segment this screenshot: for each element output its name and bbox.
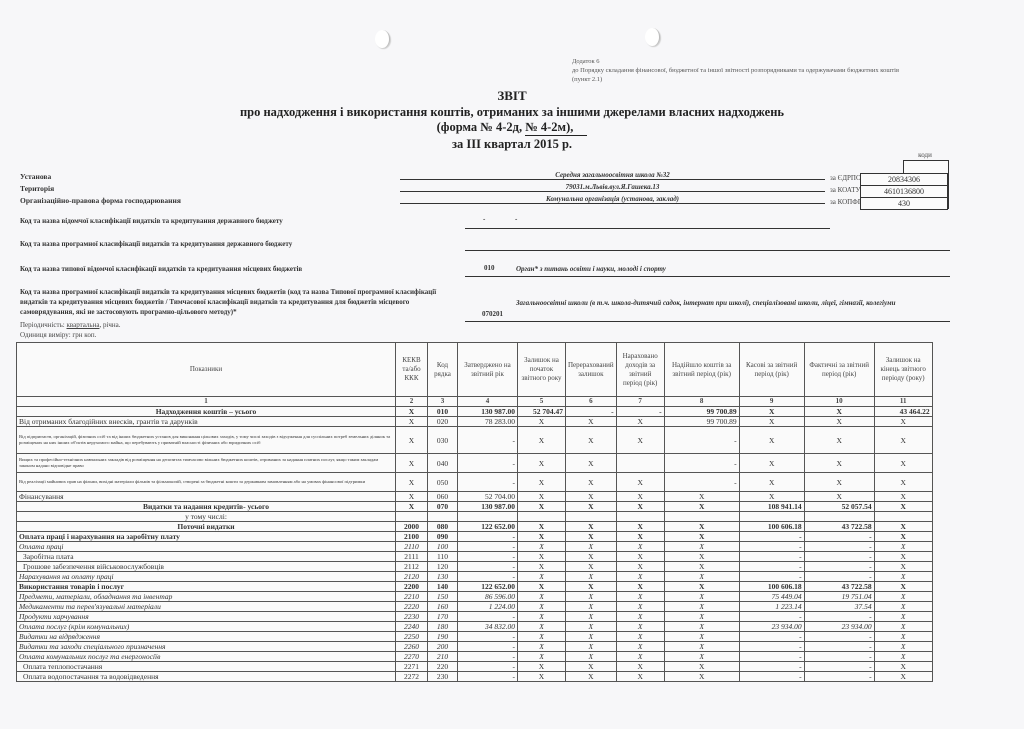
table-row: Грошове забезпечення військовослужбовців… (17, 562, 933, 572)
row-value: X (566, 592, 617, 602)
row-value: X (739, 427, 804, 454)
row-value: X (664, 582, 739, 592)
row-value: - (739, 612, 804, 622)
row-value: 75 449.04 (739, 592, 804, 602)
class-desc-state-departmental: - (515, 215, 517, 223)
row-value: X (616, 672, 664, 682)
row-value: 43 722.58 (804, 522, 874, 532)
row-indicator: Оплата комунальних послуг та енергоносії… (17, 652, 396, 662)
row-value: X (804, 407, 874, 417)
row-indicator: Від реалізації майнових прав на фільми, … (17, 473, 396, 492)
column-number: 2 (396, 397, 428, 407)
row-code: 020 (428, 417, 458, 427)
row-value: X (804, 427, 874, 454)
row-value: X (664, 622, 739, 632)
row-code: 210 (428, 652, 458, 662)
column-number: 7 (616, 397, 664, 407)
row-code: 100 (428, 542, 458, 552)
row-value: X (874, 672, 932, 682)
column-header: Залишок на кінець звітного періоду (року… (874, 343, 932, 397)
row-value: 23 934.00 (804, 622, 874, 632)
row-value: X (874, 612, 932, 622)
row-value: - (739, 642, 804, 652)
table-row: у тому числі: (17, 512, 933, 522)
row-value: - (739, 562, 804, 572)
row-value: - (458, 632, 518, 642)
row-value: X (874, 582, 932, 592)
row-value: X (518, 582, 566, 592)
row-value: X (664, 552, 739, 562)
row-value: X (664, 562, 739, 572)
column-number: 11 (874, 397, 932, 407)
row-code: 140 (428, 582, 458, 592)
column-header: Перерахований залишок (566, 343, 617, 397)
row-value: X (664, 492, 739, 502)
row-code: 080 (428, 522, 458, 532)
row-code: 010 (428, 407, 458, 417)
row-kekv: 2112 (396, 562, 428, 572)
appendix-note: Додаток 6 до Порядку складання фінансово… (572, 57, 899, 84)
appendix-clause: (пункт 2.1) (572, 75, 899, 84)
form-number: (форма № 4-2д, (437, 120, 522, 134)
row-value: X (616, 622, 664, 632)
row-value: 130 987.00 (458, 502, 518, 512)
row-value: X (739, 417, 804, 427)
table-row: Нарахування на оплату праці2120130-XXXX-… (17, 572, 933, 582)
row-indicator: Оплата послуг (крім комунальних) (17, 622, 396, 632)
row-value: X (566, 602, 617, 612)
table-row: Поточні видатки2000080122 652.00XXXX100 … (17, 522, 933, 532)
row-code: 150 (428, 592, 458, 602)
row-value: 108 941.14 (739, 502, 804, 512)
punch-hole-right (645, 28, 660, 46)
table-row: Видатки та надання кредитів- усьогоX0701… (17, 502, 933, 512)
row-value: - (739, 532, 804, 542)
table-header-row: ПоказникиКЕКВ та/або ККККод рядкаЗатверд… (17, 343, 933, 397)
row-value: - (458, 542, 518, 552)
row-value: X (616, 473, 664, 492)
row-value: 19 751.04 (804, 592, 874, 602)
row-value: X (566, 662, 617, 672)
column-number: 6 (566, 397, 617, 407)
row-indicator: Вищих та професійно-технічних навчальних… (17, 454, 396, 473)
row-value: X (566, 642, 617, 652)
class-label-local-departmental: Код та назва типової відомчої класифікац… (20, 264, 302, 274)
class-desc-local-program: Загальноосвітні школи (в т.ч. школа-дитя… (516, 298, 946, 308)
table-column-numbers-row: 1234567891011 (17, 397, 933, 407)
row-value: X (664, 642, 739, 652)
underline (465, 276, 950, 277)
row-value: - (739, 572, 804, 582)
row-value: 52 704.47 (518, 407, 566, 417)
row-value (616, 454, 664, 473)
row-value (616, 512, 664, 522)
column-number: 4 (458, 397, 518, 407)
row-value: - (566, 407, 617, 417)
row-value: X (616, 492, 664, 502)
row-value: X (664, 542, 739, 552)
column-header: Нараховано доходів за звітний період (рі… (616, 343, 664, 397)
row-kekv: 2100 (396, 532, 428, 542)
row-value: - (458, 612, 518, 622)
row-value: X (739, 492, 804, 502)
row-indicator: Видатки та надання кредитів- усього (17, 502, 396, 512)
row-value: X (566, 672, 617, 682)
row-code: 220 (428, 662, 458, 672)
row-value: - (739, 672, 804, 682)
row-code (428, 512, 458, 522)
row-kekv: 2250 (396, 632, 428, 642)
row-value: X (518, 592, 566, 602)
row-value: 78 283.00 (458, 417, 518, 427)
row-value: 99 700.89 (664, 407, 739, 417)
row-value: X (518, 562, 566, 572)
row-kekv: X (396, 502, 428, 512)
row-code: 110 (428, 552, 458, 562)
row-value: X (616, 662, 664, 672)
row-value: X (566, 542, 617, 552)
row-kekv: 2240 (396, 622, 428, 632)
row-value (518, 512, 566, 522)
row-value: - (458, 642, 518, 652)
row-value: - (458, 662, 518, 672)
row-value: X (874, 427, 932, 454)
row-value: X (664, 592, 739, 602)
column-number: 3 (428, 397, 458, 407)
row-kekv: 2110 (396, 542, 428, 552)
table-row: Від отриманих благодійних внесків, грант… (17, 417, 933, 427)
class-label-state-departmental: Код та назва відомчої класифікації видат… (20, 216, 283, 226)
row-value: X (739, 454, 804, 473)
class-desc-local-departmental: Орган* з питань освіти і науки, молоді і… (516, 264, 666, 274)
row-value: X (518, 632, 566, 642)
row-value: - (458, 552, 518, 562)
table-row: Використання товарів і послуг2200140122 … (17, 582, 933, 592)
row-value: X (874, 473, 932, 492)
row-code: 230 (428, 672, 458, 682)
class-code-state-departmental: - (483, 215, 485, 223)
row-value (804, 512, 874, 522)
row-value: X (874, 492, 932, 502)
periodicity-selected: квартальна (66, 321, 99, 329)
row-value: X (874, 532, 932, 542)
row-value: X (616, 502, 664, 512)
row-value: X (616, 522, 664, 532)
row-value: X (616, 417, 664, 427)
row-code: 090 (428, 532, 458, 542)
table-row: Предмети, матеріали, обладнання та інвен… (17, 592, 933, 602)
column-header: Код рядка (428, 343, 458, 397)
row-indicator: Надходження коштів – усього (17, 407, 396, 417)
row-value: X (664, 532, 739, 542)
row-kekv: 2230 (396, 612, 428, 622)
appendix-title: Додаток 6 (572, 57, 899, 66)
row-value: X (664, 522, 739, 532)
row-value: X (804, 417, 874, 427)
unit-of-measure: Одиниця виміру: грн коп. (20, 331, 96, 339)
row-indicator: Видатки та заходи спеціального призначен… (17, 642, 396, 652)
underline (465, 321, 950, 322)
row-value: - (804, 642, 874, 652)
row-value: X (664, 652, 739, 662)
row-value: 52 704.00 (458, 492, 518, 502)
row-indicator: Предмети, матеріали, обладнання та інвен… (17, 592, 396, 602)
codes-header: коди (904, 151, 946, 159)
row-value: X (616, 582, 664, 592)
row-value: X (518, 622, 566, 632)
row-value: X (616, 532, 664, 542)
row-indicator: Продукти харчування (17, 612, 396, 622)
row-value: - (804, 652, 874, 662)
class-code-local-departmental: 010 (484, 264, 495, 272)
row-value: X (566, 473, 617, 492)
row-code: 130 (428, 572, 458, 582)
row-value: X (616, 642, 664, 652)
row-value: X (874, 572, 932, 582)
row-value: X (518, 642, 566, 652)
row-kekv (396, 512, 428, 522)
row-value: - (664, 473, 739, 492)
row-value: - (739, 662, 804, 672)
class-label-state-program: Код та назва програмної класифікації вид… (20, 239, 292, 249)
row-value: X (566, 492, 617, 502)
row-code: 060 (428, 492, 458, 502)
table-row: Заробітна плата2111110-XXXX--X (17, 552, 933, 562)
form-number-underlined: № 4-2м), (525, 120, 587, 136)
row-kekv: 2210 (396, 592, 428, 602)
row-value: X (874, 552, 932, 562)
row-code: 200 (428, 642, 458, 652)
table-row: Оплата праці і нарахування на заробітну … (17, 532, 933, 542)
row-value: 1 223.14 (739, 602, 804, 612)
row-value: X (566, 612, 617, 622)
row-value: X (518, 417, 566, 427)
row-value: X (518, 454, 566, 473)
row-indicator: Поточні видатки (17, 522, 396, 532)
row-value: X (518, 427, 566, 454)
report-title: ЗВІТ (0, 88, 1024, 104)
underline (465, 250, 950, 251)
row-value: - (664, 427, 739, 454)
row-value: X (664, 602, 739, 612)
table-row: Від підприємств, організацій, фізичних о… (17, 427, 933, 454)
periodicity-label: Періодичність: (20, 321, 65, 329)
row-value: - (458, 562, 518, 572)
institution-label: Установа (20, 172, 51, 181)
row-value: X (874, 642, 932, 652)
column-number: 8 (664, 397, 739, 407)
row-value: - (804, 552, 874, 562)
row-code: 040 (428, 454, 458, 473)
row-value: 122 652.00 (458, 522, 518, 532)
row-value: - (739, 632, 804, 642)
column-header: Затверджено на звітний рік (458, 343, 518, 397)
row-value: - (804, 632, 874, 642)
column-header: Фактичні за звітний період (рік) (804, 343, 874, 397)
row-value: X (616, 612, 664, 622)
table-row: Вищих та професійно-технічних навчальних… (17, 454, 933, 473)
row-value: X (874, 602, 932, 612)
column-number: 9 (739, 397, 804, 407)
row-indicator: Медикаменти та перев'язувальні матеріали (17, 602, 396, 612)
table-row: Оплата праці2110100-XXXX--X (17, 542, 933, 552)
row-kekv: X (396, 454, 428, 473)
row-value: X (518, 572, 566, 582)
legal-form-value: Комунальна організація (установа, заклад… (400, 195, 825, 204)
row-value: - (804, 572, 874, 582)
row-value: - (458, 652, 518, 662)
table-row: Від реалізації майнових прав на фільми, … (17, 473, 933, 492)
row-value: 99 700.89 (664, 417, 739, 427)
row-value (664, 512, 739, 522)
row-value: X (566, 522, 617, 532)
row-indicator: Фінансування (17, 492, 396, 502)
row-code: 050 (428, 473, 458, 492)
row-indicator: Оплата водопостачання та водовідведення (17, 672, 396, 682)
row-value: X (566, 427, 617, 454)
row-value: X (804, 492, 874, 502)
row-value: X (804, 473, 874, 492)
row-value: X (566, 582, 617, 592)
row-value: X (566, 454, 617, 473)
row-kekv: 2220 (396, 602, 428, 612)
row-value: X (566, 652, 617, 662)
row-value: X (874, 662, 932, 672)
row-indicator: у тому числі: (17, 512, 396, 522)
row-value: - (739, 652, 804, 662)
row-value: 1 224.00 (458, 602, 518, 612)
row-code: 030 (428, 427, 458, 454)
table-row: Оплата послуг (крім комунальних)22401803… (17, 622, 933, 632)
row-kekv: 2270 (396, 652, 428, 662)
row-value: - (804, 562, 874, 572)
row-value: - (458, 532, 518, 542)
row-value: 43 722.58 (804, 582, 874, 592)
row-value: X (518, 522, 566, 532)
row-value: X (874, 542, 932, 552)
table-row: Видатки та заходи спеціального призначен… (17, 642, 933, 652)
row-indicator: Видатки на відрядження (17, 632, 396, 642)
report-period: за ІІІ квартал 2015 р. (0, 137, 1024, 152)
row-value: X (566, 562, 617, 572)
row-value: X (874, 592, 932, 602)
row-value: X (616, 562, 664, 572)
row-value: X (739, 473, 804, 492)
row-value (458, 512, 518, 522)
row-value: X (566, 572, 617, 582)
underline (465, 228, 830, 229)
table-row: ФінансуванняX06052 704.00XXXXXXX (17, 492, 933, 502)
row-value: - (739, 552, 804, 562)
row-value: - (458, 473, 518, 492)
row-code: 170 (428, 612, 458, 622)
report-table: ПоказникиКЕКВ та/або ККККод рядкаЗатверд… (16, 342, 933, 682)
row-kekv: 2260 (396, 642, 428, 652)
row-kekv: 2272 (396, 672, 428, 682)
row-kekv: X (396, 417, 428, 427)
row-kekv: X (396, 407, 428, 417)
table-row: Медикаменти та перев'язувальні матеріали… (17, 602, 933, 612)
column-header: Надійшло коштів за звітний період (рік) (664, 343, 739, 397)
column-number: 10 (804, 397, 874, 407)
row-value: X (616, 542, 664, 552)
report-subtitle: про надходження і використання коштів, о… (0, 105, 1024, 120)
row-value: - (458, 572, 518, 582)
column-header: Залишок на початок звітного року (518, 343, 566, 397)
row-value: X (616, 602, 664, 612)
row-value: - (664, 454, 739, 473)
kopfg-code: 430 (860, 197, 948, 210)
row-indicator: Заробітна плата (17, 552, 396, 562)
row-value: - (458, 454, 518, 473)
row-value: X (616, 592, 664, 602)
row-value: 130 987.00 (458, 407, 518, 417)
row-value: X (616, 552, 664, 562)
row-value: X (518, 652, 566, 662)
row-value: - (804, 532, 874, 542)
row-value: X (518, 672, 566, 682)
row-value: 100 606.18 (739, 522, 804, 532)
row-value: X (566, 417, 617, 427)
row-value (566, 512, 617, 522)
row-indicator: Оплата праці (17, 542, 396, 552)
row-value: X (566, 552, 617, 562)
row-kekv: 2111 (396, 552, 428, 562)
class-label-local-program: Код та назва програмної класифікації вид… (20, 287, 460, 317)
row-code: 180 (428, 622, 458, 632)
row-value: - (739, 542, 804, 552)
row-value: X (664, 672, 739, 682)
row-value (739, 512, 804, 522)
row-code: 160 (428, 602, 458, 612)
appendix-reference: до Порядку складання фінансової, бюджетн… (572, 66, 899, 75)
row-value: X (518, 662, 566, 672)
row-value: X (566, 532, 617, 542)
row-value: X (616, 652, 664, 662)
row-value: X (518, 492, 566, 502)
column-header: Показники (17, 343, 396, 397)
territory-value: 79031.м.Львів.вул.Я.Гашека.13 (400, 183, 825, 192)
row-indicator: Від отриманих благодійних внесків, грант… (17, 417, 396, 427)
row-indicator: Грошове забезпечення військовослужбовців (17, 562, 396, 572)
row-value (874, 512, 932, 522)
row-kekv: X (396, 473, 428, 492)
report-form: (форма № 4-2д, № 4-2м), (0, 120, 1024, 136)
row-value: X (874, 652, 932, 662)
row-value: 52 057.54 (804, 502, 874, 512)
row-indicator: Нарахування на оплату праці (17, 572, 396, 582)
row-value: - (458, 427, 518, 454)
row-value: - (616, 407, 664, 417)
row-value: X (518, 552, 566, 562)
row-value: 37.54 (804, 602, 874, 612)
row-value: X (566, 622, 617, 632)
row-value: X (616, 632, 664, 642)
row-value: X (739, 407, 804, 417)
kopfg-label: за КОПФГ (830, 198, 862, 206)
column-number: 1 (17, 397, 396, 407)
row-value: X (566, 502, 617, 512)
table-row: Оплата теплопостачання2271220-XXXX--X (17, 662, 933, 672)
row-indicator: Від підприємств, організацій, фізичних о… (17, 427, 396, 454)
row-kekv: 2120 (396, 572, 428, 582)
row-value: 43 464.22 (874, 407, 932, 417)
row-value: 100 606.18 (739, 582, 804, 592)
row-indicator: Оплата праці і нарахування на заробітну … (17, 532, 396, 542)
row-value: X (518, 473, 566, 492)
row-value: X (874, 562, 932, 572)
row-kekv: 2200 (396, 582, 428, 592)
